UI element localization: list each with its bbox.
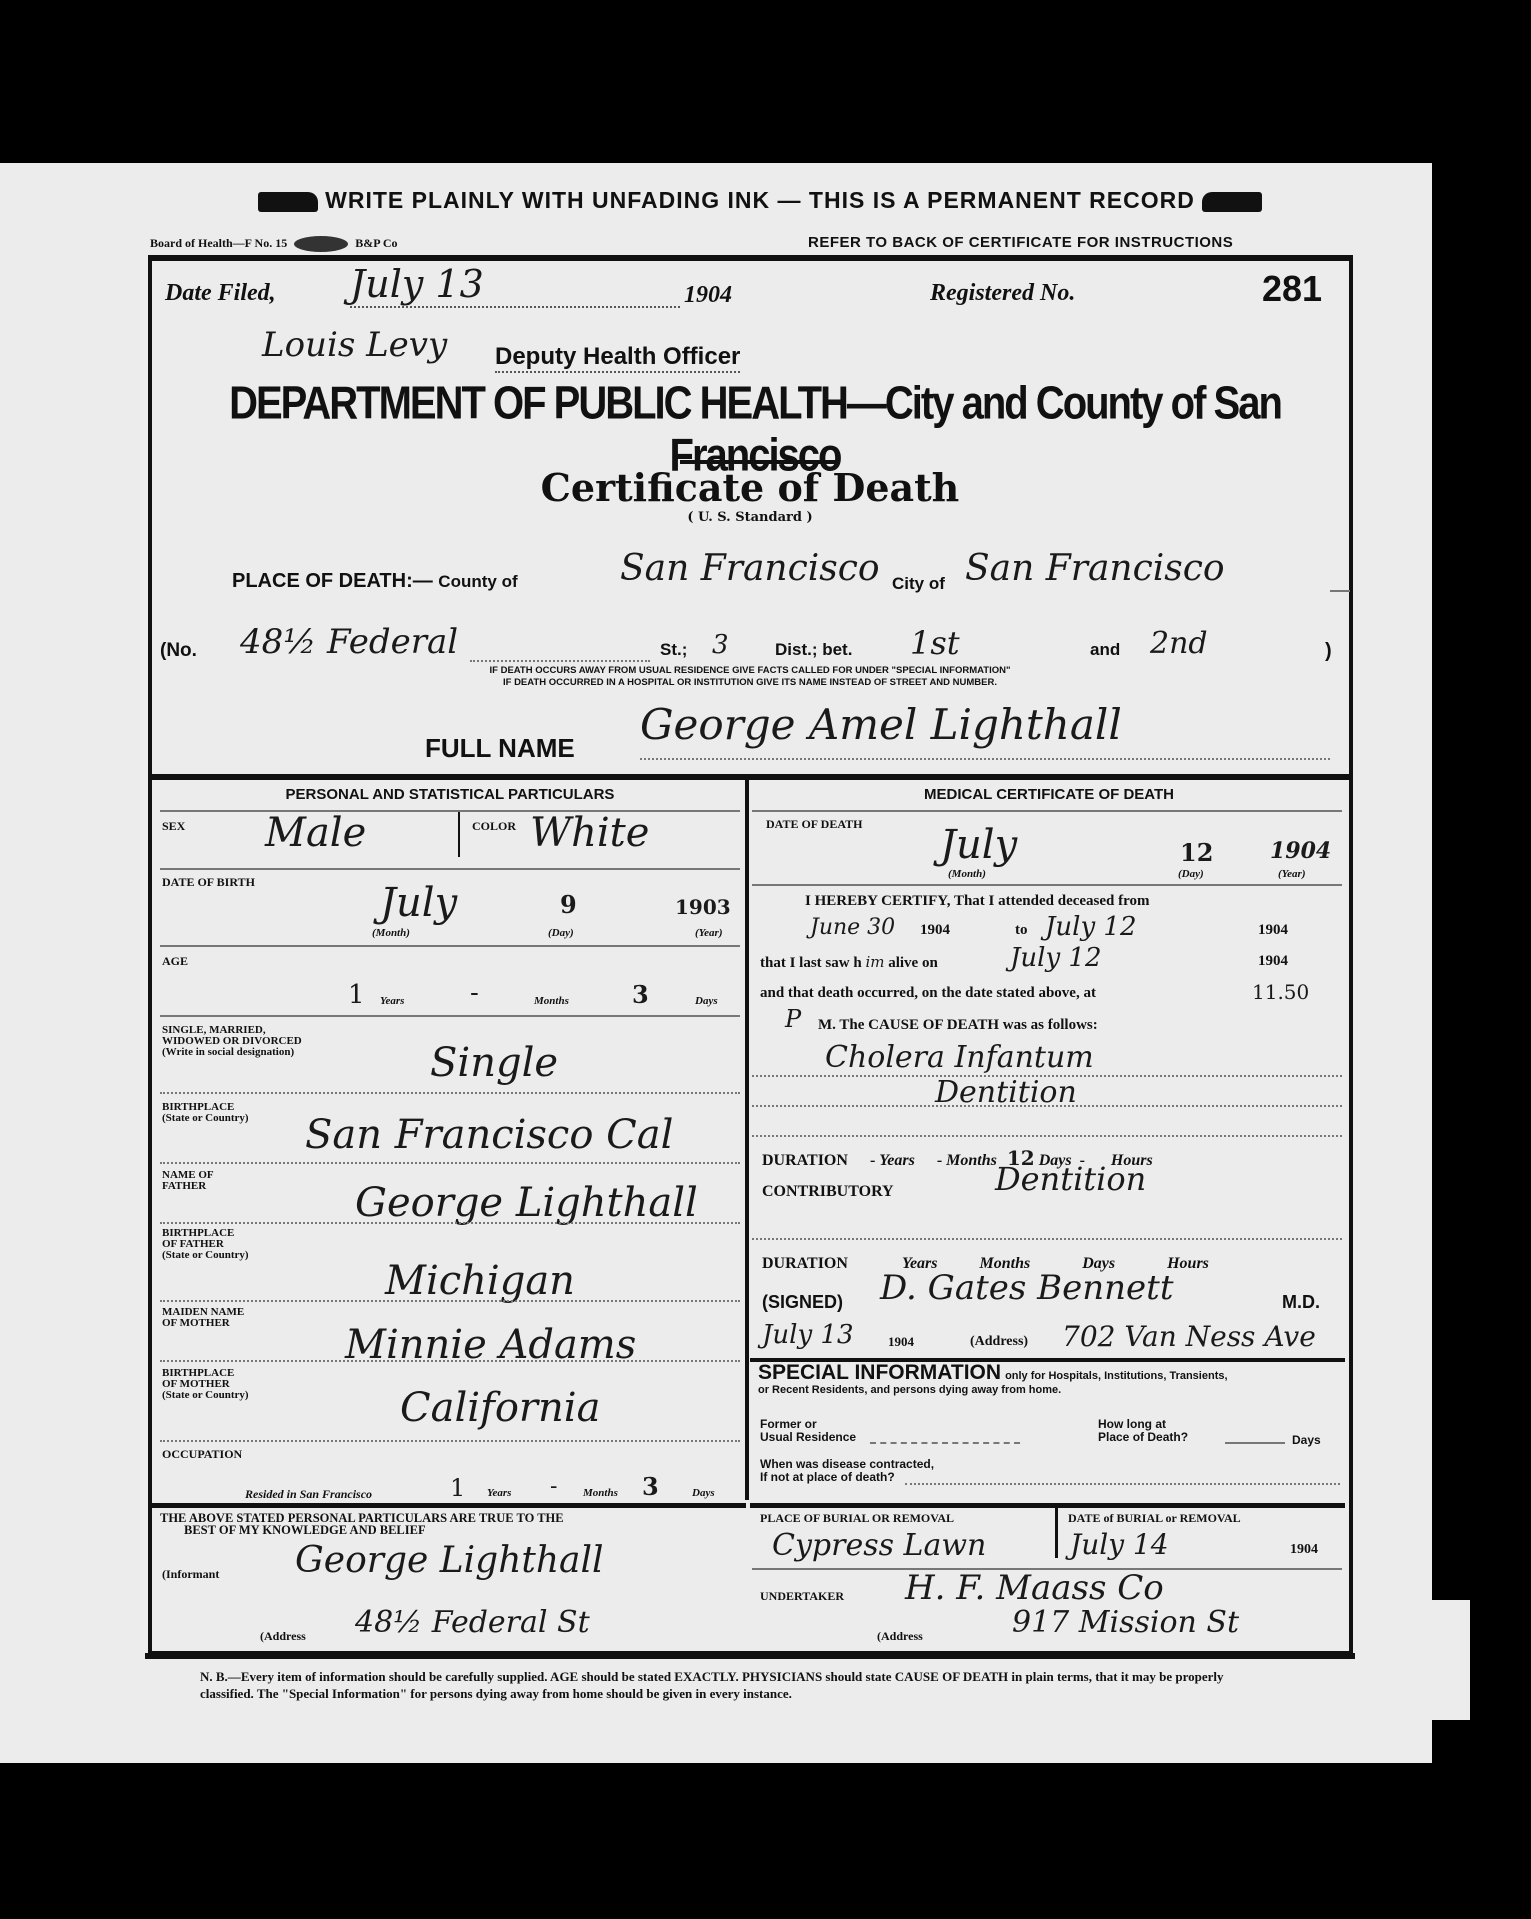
no-label: (No. (160, 640, 197, 662)
duration-years: - (870, 1152, 875, 1169)
dod-day-caption: (Day) (1178, 868, 1204, 880)
day-caption: (Day) (548, 927, 574, 939)
marital-value: Single (430, 1040, 558, 1086)
date-filed-value: July 13 (350, 262, 680, 308)
alive-on-text: alive on (888, 955, 938, 971)
age-days: 3 (632, 980, 649, 1009)
rule (160, 868, 740, 870)
resided-label: Resided in San Francisco (245, 1487, 372, 1502)
mother-birthplace-label: BIRTHPLACE OF MOTHER (State or Country) (162, 1368, 249, 1401)
certificate-title: Certificate of Death (400, 465, 1100, 510)
date-filed-year: 1904 (684, 282, 732, 309)
and-label: and (1090, 640, 1120, 660)
dod-month: July (940, 822, 1017, 868)
dod-day: 12 (1180, 838, 1213, 867)
last-saw-year: 1904 (1258, 953, 1288, 970)
informant-address-value: 48½ Federal St (355, 1605, 590, 1640)
resided-months: - (550, 1474, 557, 1499)
rule (160, 1360, 740, 1362)
sex-value: Male (265, 810, 366, 856)
st-number: 3 (712, 630, 729, 660)
mother-label: MAIDEN NAME OF MOTHER (162, 1307, 244, 1329)
md-label: M.D. (1282, 1292, 1320, 1313)
between-1: 1st (910, 624, 960, 662)
father-value: George Lighthall (355, 1180, 698, 1226)
special-heading-note: only for Hospitals, Institutions, Transi… (1005, 1370, 1227, 1382)
paper-edge (1380, 1600, 1470, 1720)
contracted-label: When was disease contracted, If not at p… (760, 1458, 934, 1484)
rule (752, 1238, 1342, 1240)
full-name-value: George Amel Lighthall (640, 700, 1122, 749)
contributory-value: Dentition (995, 1160, 1146, 1198)
color-label: COLOR (472, 820, 516, 832)
duration-label: DURATION (762, 1255, 848, 1272)
father-birthplace-label: BIRTHPLACE OF FATHER (State or Country) (162, 1228, 249, 1261)
physician-address: 702 Van Ness Ave (1062, 1320, 1316, 1353)
column-divider (745, 780, 749, 1500)
burial-date-label: DATE of BURIAL or REMOVAL (1068, 1512, 1241, 1524)
dob-day: 9 (560, 890, 577, 919)
dod-year: 1904 (1270, 838, 1331, 864)
instructions-note: REFER TO BACK OF CERTIFICATE FOR INSTRUC… (808, 234, 1233, 251)
special-heading-note-2: or Recent Residents, and persons dying a… (758, 1383, 1338, 1397)
place-of-death-label: PLACE OF DEATH:— County of (232, 570, 518, 593)
certify-text: I HEREBY CERTIFY, That I attended deceas… (805, 893, 1150, 910)
ink-warning-banner: WRITE PLAINLY WITH UNFADING INK — THIS I… (210, 187, 1310, 214)
undertaker-value: H. F. Maass Co (905, 1568, 1164, 1608)
banner-text: WRITE PLAINLY WITH UNFADING INK — THIS I… (325, 187, 1195, 213)
date-filed-label: Date Filed, (165, 280, 276, 307)
last-saw-text: that I last saw h im alive on (760, 953, 938, 972)
birthplace-label-2: (State or Country) (162, 1113, 249, 1124)
footer-note: N. B.—Every item of information should b… (200, 1668, 1260, 1702)
resided-years: 1 (450, 1474, 465, 1502)
registered-number: 281 (1262, 268, 1322, 310)
resided-years-label: Years (487, 1487, 511, 1499)
cause-text: M. The CAUSE OF DEATH was as follows: (818, 1017, 1098, 1034)
age-years-label: Years (380, 995, 404, 1007)
union-seal-icon (294, 236, 348, 252)
age-label: AGE (162, 955, 188, 967)
occupation-label: OCCUPATION (162, 1448, 242, 1460)
rule (160, 1440, 740, 1442)
rule (160, 1222, 740, 1224)
meridiem: P (785, 1005, 801, 1033)
street-value: 48½ Federal (240, 622, 470, 662)
dod-month-caption: (Month) (948, 868, 986, 880)
nb-text: Every item of information should be care… (200, 1669, 1224, 1701)
st-label: St.; (660, 640, 687, 660)
birthplace-label: BIRTHPLACE (State or Country) (162, 1102, 249, 1124)
year-caption: (Year) (695, 927, 723, 939)
nb-prefix: N. B.— (200, 1669, 241, 1684)
officer-signature: Louis Levy (262, 325, 447, 365)
burial-place-label: PLACE OF BURIAL OR REMOVAL (760, 1512, 954, 1524)
mother-birthplace-value: California (400, 1385, 600, 1431)
informant-address-label: (Address (260, 1630, 306, 1642)
duration-label: DURATION (762, 1152, 848, 1169)
father-label-2: FATHER (162, 1181, 214, 1192)
rule (160, 1015, 740, 1017)
sex-label: SEX (162, 820, 185, 832)
rule (870, 1442, 1020, 1444)
years-label: Years (879, 1152, 915, 1169)
rule (160, 1300, 740, 1302)
undertaker-address: 917 Mission St (1012, 1605, 1239, 1640)
age-months-label: Months (534, 995, 569, 1007)
city-value: San Francisco (965, 548, 1225, 589)
undertaker-address-label: (Address (877, 1630, 923, 1642)
attended-to-year: 1904 (1258, 922, 1288, 939)
form-number: Board of Health—F No. 15 B&P Co (150, 236, 398, 252)
rule (752, 884, 1342, 886)
rule (160, 1162, 740, 1164)
duration-months: - (937, 1152, 942, 1169)
resided-days: 3 (642, 1472, 659, 1501)
rule (470, 660, 650, 662)
rule (752, 1135, 1342, 1137)
medical-heading: MEDICAL CERTIFICATE OF DEATH (750, 786, 1348, 803)
birthplace-value: San Francisco Cal (305, 1112, 673, 1158)
contributory-label: CONTRIBUTORY (762, 1183, 894, 1201)
age-months: - (470, 978, 479, 1008)
form-number-text: Board of Health—F No. 15 (150, 236, 287, 250)
personal-heading: PERSONAL AND STATISTICAL PARTICULARS (155, 786, 745, 803)
printer-text: B&P Co (355, 236, 397, 250)
note-line-2: IF DEATH OCCURRED IN A HOSPITAL OR INSTI… (300, 677, 1200, 689)
registered-label: Registered No. (930, 280, 1075, 307)
rule (160, 1092, 740, 1094)
place-label-text: PLACE OF DEATH:— (232, 570, 433, 592)
city-label: City of (892, 574, 945, 594)
title-rule (680, 460, 840, 464)
county-value: San Francisco (620, 548, 880, 589)
physician-address-label: (Address) (970, 1334, 1028, 1350)
officer-title: Deputy Health Officer (495, 343, 740, 373)
to-label: to (1015, 922, 1028, 939)
color-value: White (530, 810, 649, 856)
attended-from: June 30 (810, 915, 895, 940)
marital-label-3: (Write in social designation) (162, 1047, 302, 1058)
bottom-rule (145, 1653, 1355, 1659)
rule (1225, 1442, 1285, 1444)
rule (160, 945, 740, 947)
burial-divider (750, 1503, 1345, 1508)
father-bp-label-3: (State or Country) (162, 1250, 249, 1261)
cell-divider (458, 812, 460, 857)
dob-month: July (380, 880, 457, 926)
dob-label: DATE OF BIRTH (162, 876, 255, 888)
burial-place-value: Cypress Lawn (772, 1528, 986, 1563)
rule (905, 1483, 1340, 1485)
how-long-label: How long at Place of Death? (1098, 1418, 1188, 1444)
us-standard-note: ( U. S. Standard ) (400, 510, 1100, 525)
undertaker-label: UNDERTAKER (760, 1590, 844, 1602)
rule (640, 758, 1330, 760)
special-heading: SPECIAL INFORMATION only for Hospitals, … (758, 1366, 1338, 1397)
signed-date: July 13 (762, 1320, 854, 1350)
rule (752, 810, 1342, 812)
informant-value: George Lighthall (295, 1540, 604, 1581)
months-label: Months (946, 1152, 997, 1169)
informant-statement: THE ABOVE STATED PERSONAL PARTICULARS AR… (160, 1512, 740, 1536)
between-2: 2nd (1150, 626, 1208, 661)
rule (1330, 590, 1350, 592)
pointing-hand-icon (258, 192, 318, 212)
resided-months-label: Months (583, 1487, 618, 1499)
former-label-2: Usual Residence (760, 1431, 856, 1444)
cause-line-1: Cholera Infantum (825, 1040, 1094, 1075)
last-saw-date: July 12 (1010, 943, 1102, 973)
resided-days-label: Days (692, 1487, 715, 1499)
dob-year: 1903 (675, 895, 731, 919)
attended-to: July 12 (1045, 912, 1137, 942)
dist-label: Dist.; bet. (775, 640, 852, 660)
father-birthplace-value: Michigan (385, 1258, 575, 1304)
cell-divider (1055, 1508, 1058, 1558)
statement-line-2: BEST OF MY KNOWLEDGE AND BELIEF (160, 1524, 740, 1536)
age-days-label: Days (695, 995, 718, 1007)
physician-signature: D. Gates Bennett (880, 1268, 1173, 1308)
mother-label-2: OF MOTHER (162, 1318, 244, 1329)
former-residence-label: Former or Usual Residence (760, 1418, 856, 1444)
month-caption: (Month) (372, 927, 410, 939)
marital-label: SINGLE, MARRIED, WIDOWED OR DIVORCED (Wr… (162, 1025, 302, 1058)
occurred-text: and that death occurred, on the date sta… (760, 985, 1096, 1002)
rule (752, 1105, 1342, 1107)
last-saw-pronoun: im (865, 953, 884, 971)
signed-year: 1904 (888, 1334, 914, 1350)
note-line-1: IF DEATH OCCURS AWAY FROM USUAL RESIDENC… (300, 665, 1200, 677)
rule (160, 810, 740, 812)
paren-close: ) (1325, 640, 1332, 663)
days-label: Days (1292, 1433, 1321, 1447)
age-years: 1 (348, 980, 365, 1010)
burial-date-value: July 14 (1070, 1528, 1169, 1561)
county-label: County of (438, 572, 517, 591)
full-name-label: FULL NAME (425, 733, 575, 764)
last-saw-prefix: that I last saw h (760, 955, 862, 971)
attended-from-year: 1904 (920, 922, 950, 939)
pointing-hand-icon (1202, 192, 1262, 212)
special-heading-text: SPECIAL INFORMATION (758, 1361, 1001, 1384)
dod-label: DATE OF DEATH (766, 818, 862, 830)
section-divider (152, 774, 1349, 780)
burial-year: 1904 (1290, 1542, 1318, 1558)
signed-label: (SIGNED) (762, 1292, 843, 1313)
informant-divider (152, 1503, 746, 1508)
how-long-label-2: Place of Death? (1098, 1431, 1188, 1444)
father-label: NAME OF FATHER (162, 1170, 214, 1192)
death-time: 11.50 (1252, 980, 1309, 1004)
residence-note: IF DEATH OCCURS AWAY FROM USUAL RESIDENC… (300, 665, 1200, 689)
informant-label: (Informant (162, 1568, 219, 1580)
mother-bp-label-3: (State or Country) (162, 1390, 249, 1401)
dod-year-caption: (Year) (1278, 868, 1306, 880)
